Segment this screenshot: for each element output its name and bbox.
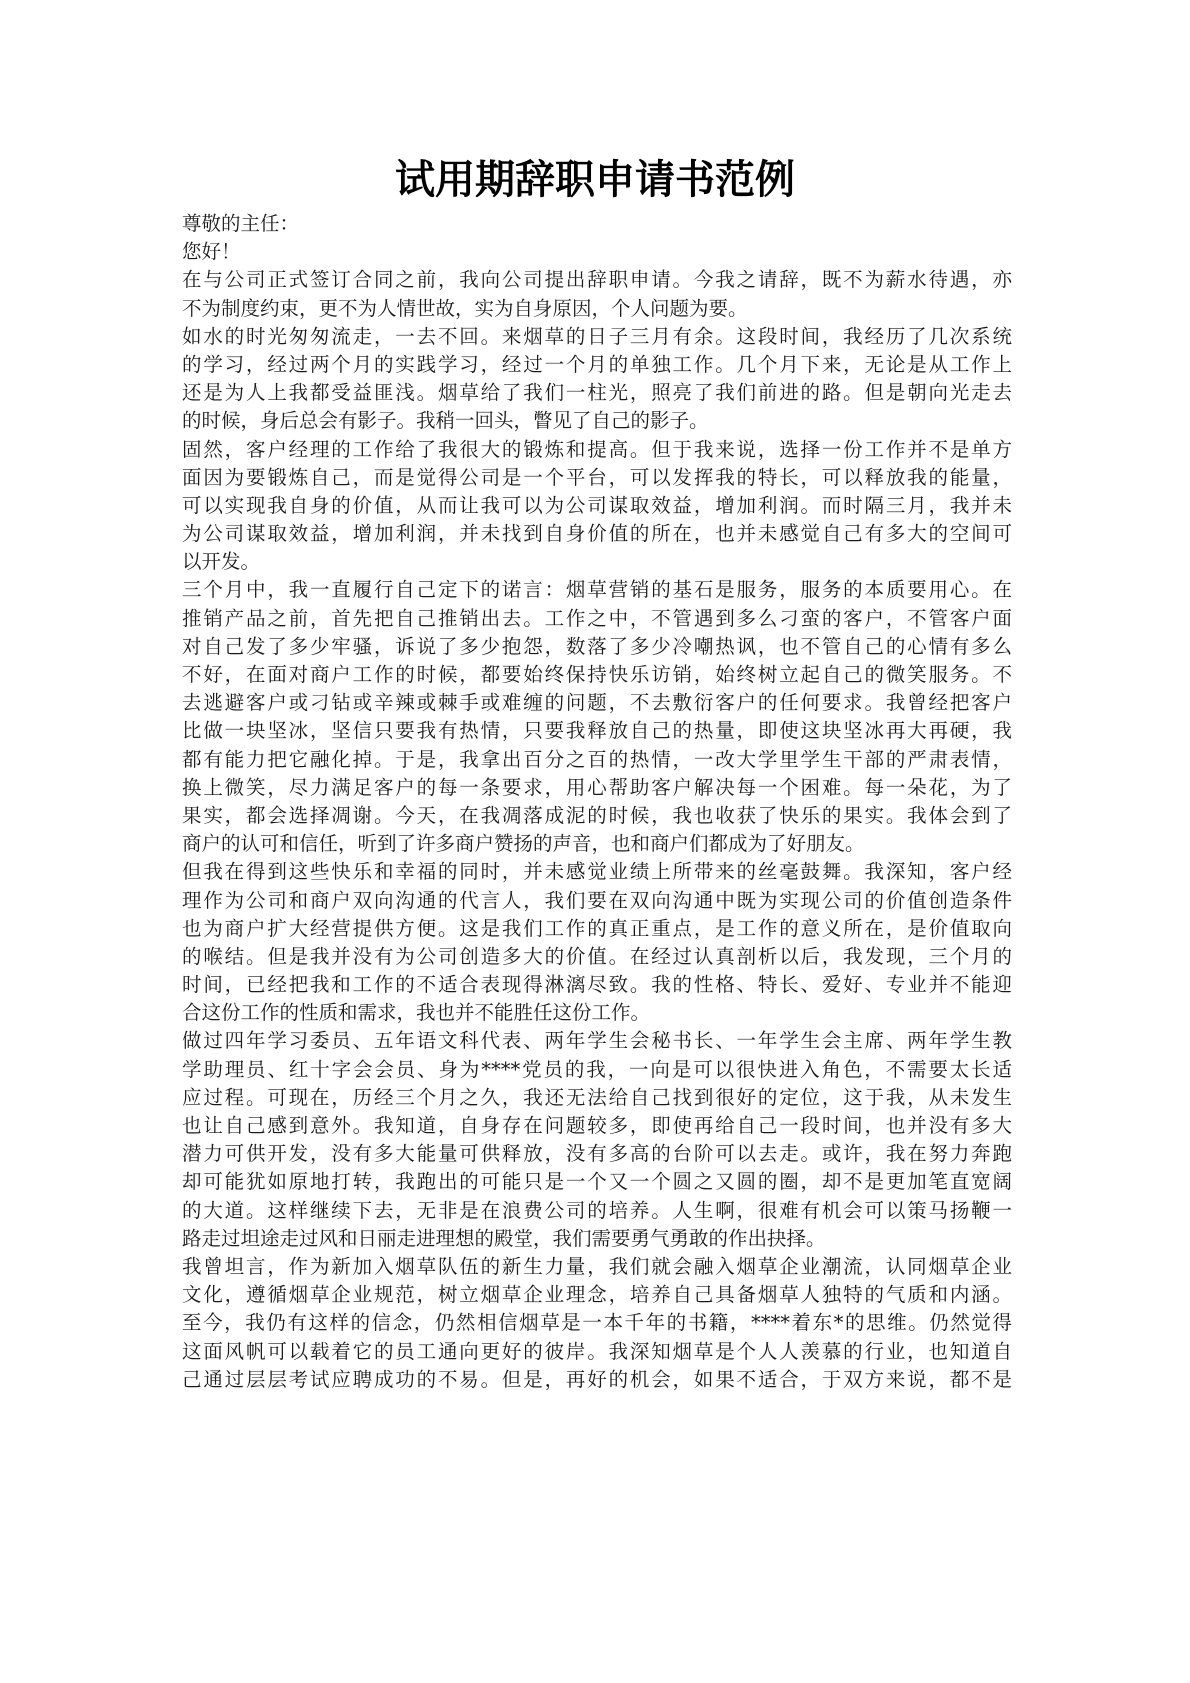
paragraph-line: 商户的认可和信任，听到了许多商户赞扬的声音，也和商户们都成为了好朋友。 bbox=[182, 830, 1012, 858]
paragraph-line: 这面风帆可以载着它的员工通向更好的彼岸。我深知烟草是个人人羡慕的行业，也知道自 bbox=[182, 1338, 1012, 1366]
paragraph-line: 不好，在面对商户工作的时候，都要始终保持快乐访销，始终树立起自己的微笑服务。不 bbox=[182, 661, 1012, 689]
paragraph-line: 理作为公司和商户双向沟通的代言人，我们要在双向沟通中既为实现公司的价值创造条件 bbox=[182, 887, 1012, 915]
paragraph-line: 三个月中，我一直履行自己定下的诺言：烟草营销的基石是服务，服务的本质要用心。在 bbox=[182, 576, 1012, 604]
paragraph-line: 以开发。 bbox=[182, 548, 1012, 576]
document-page: 试用期辞职申请书范例 尊敬的主任： 您好！ 在与公司正式签订合同之前，我向公司提… bbox=[0, 0, 1190, 1683]
paragraph-1: 在与公司正式签订合同之前，我向公司提出辞职申请。今我之请辞，既不为薪水待遇，亦 … bbox=[182, 266, 1012, 322]
paragraph-line: 果实，都会选择凋谢。今天，在我凋落成泥的时候，我也收获了快乐的果实。我体会到了 bbox=[182, 802, 1012, 830]
paragraph-line: 时间，已经把我和工作的不适合表现得淋漓尽致。我的性格、特长、爱好、专业并不能迎 bbox=[182, 971, 1012, 999]
document-body: 尊敬的主任： 您好！ 在与公司正式签订合同之前，我向公司提出辞职申请。今我之请辞… bbox=[182, 210, 1012, 1394]
paragraph-line: 还是为人上我都受益匪浅。烟草给了我们一柱光，照亮了我们前进的路。但是朝向光走去 bbox=[182, 379, 1012, 407]
paragraph-2: 如水的时光匆匆流走，一去不回。来烟草的日子三月有余。这段时间，我经历了几次系统 … bbox=[182, 323, 1012, 436]
paragraph-line: 却可能犹如原地打转，我跑出的可能只是一个又一个圆之又圆的圈，却不是更加笔直宽阔 bbox=[182, 1168, 1012, 1196]
paragraph-line: 应过程。可现在，历经三个月之久，我还无法给自己找到很好的定位，这于我，从未发生 bbox=[182, 1084, 1012, 1112]
paragraph-line: 做过四年学习委员、五年语文科代表、两年学生会秘书长、一年学生会主席、两年学生教 bbox=[182, 1027, 1012, 1055]
paragraph-line: 可以实现我自身的价值，从而让我可以为公司谋取效益，增加利润。而时隔三月，我并未 bbox=[182, 492, 1012, 520]
paragraph-4: 三个月中，我一直履行自己定下的诺言：烟草营销的基石是服务，服务的本质要用心。在 … bbox=[182, 576, 1012, 858]
paragraph-line: 在与公司正式签订合同之前，我向公司提出辞职申请。今我之请辞，既不为薪水待遇，亦 bbox=[182, 266, 1012, 294]
paragraph-7: 我曾坦言，作为新加入烟草队伍的新生力量，我们就会融入烟草企业潮流，认同烟草企业 … bbox=[182, 1253, 1012, 1394]
paragraph-line: 换上微笑，尽力满足客户的每一条要求，用心帮助客户解决每一个困难。每一朵花，为了 bbox=[182, 774, 1012, 802]
paragraph-line: 固然，客户经理的工作给了我很大的锻炼和提高。但于我来说，选择一份工作并不是单方 bbox=[182, 436, 1012, 464]
paragraph-line: 的时候，身后总会有影子。我稍一回头，瞥见了自己的影子。 bbox=[182, 407, 1012, 435]
paragraph-line: 的大道。这样继续下去，无非是在浪费公司的培养。人生啊，很难有机会可以策马扬鞭一 bbox=[182, 1197, 1012, 1225]
paragraph-5: 但我在得到这些快乐和幸福的同时，并未感觉业绩上所带来的丝毫鼓舞。我深知，客户经 … bbox=[182, 858, 1012, 1027]
paragraph-line: 但我在得到这些快乐和幸福的同时，并未感觉业绩上所带来的丝毫鼓舞。我深知，客户经 bbox=[182, 858, 1012, 886]
paragraph-line: 也为商户扩大经营提供方便。这是我们工作的真正重点，是工作的意义所在，是价值取向 bbox=[182, 915, 1012, 943]
paragraph-line: 路走过坦途走过风和日丽走进理想的殿堂，我们需要勇气勇敢的作出抉择。 bbox=[182, 1225, 1012, 1253]
paragraph-line: 面因为要锻炼自己，而是觉得公司是一个平台，可以发挥我的特长，可以释放我的能量， bbox=[182, 464, 1012, 492]
paragraph-line: 的喉结。但是我并没有为公司创造多大的价值。在经过认真剖析以后，我发现，三个月的 bbox=[182, 943, 1012, 971]
greeting: 您好！ bbox=[182, 238, 1012, 266]
paragraph-line: 己通过层层考试应聘成功的不易。但是，再好的机会，如果不适合，于双方来说，都不是 bbox=[182, 1366, 1012, 1394]
paragraph-line: 也让自己感到意外。我知道，自身存在问题较多，即使再给自己一段时间，也并没有多大 bbox=[182, 1112, 1012, 1140]
paragraph-line: 推销产品之前，首先把自己推销出去。工作之中，不管遇到多么刁蛮的客户，不管客户面 bbox=[182, 605, 1012, 633]
document-title: 试用期辞职申请书范例 bbox=[0, 152, 1190, 208]
paragraph-line: 比做一块坚冰，坚信只要我有热情，只要我释放自己的热量，即使这块坚冰再大再硬，我 bbox=[182, 717, 1012, 745]
salutation: 尊敬的主任： bbox=[182, 210, 1012, 238]
paragraph-line: 如水的时光匆匆流走，一去不回。来烟草的日子三月有余。这段时间，我经历了几次系统 bbox=[182, 323, 1012, 351]
paragraph-line: 潜力可供开发，没有多大能量可供释放，没有多高的台阶可以去走。或许，我在努力奔跑 bbox=[182, 1140, 1012, 1168]
paragraph-line: 不为制度约束，更不为人情世故，实为自身原因，个人问题为要。 bbox=[182, 295, 1012, 323]
paragraph-line: 学助理员、红十字会会员、身为****党员的我，一向是可以很快进入角色，不需要太长… bbox=[182, 1056, 1012, 1084]
paragraph-line: 对自己发了多少牢骚，诉说了多少抱怨，数落了多少冷嘲热讽，也不管自己的心情有多么 bbox=[182, 633, 1012, 661]
paragraph-line: 我曾坦言，作为新加入烟草队伍的新生力量，我们就会融入烟草企业潮流，认同烟草企业 bbox=[182, 1253, 1012, 1281]
paragraph-line: 去逃避客户或刁钻或辛辣或棘手或难缠的问题，不去敷衍客户的任何要求。我曾经把客户 bbox=[182, 689, 1012, 717]
paragraph-line: 合这份工作的性质和需求，我也并不能胜任这份工作。 bbox=[182, 999, 1012, 1027]
paragraph-3: 固然，客户经理的工作给了我很大的锻炼和提高。但于我来说，选择一份工作并不是单方 … bbox=[182, 436, 1012, 577]
paragraph-6: 做过四年学习委员、五年语文科代表、两年学生会秘书长、一年学生会主席、两年学生教 … bbox=[182, 1027, 1012, 1253]
paragraph-line: 为公司谋取效益，增加利润，并未找到自身价值的所在，也并未感觉自己有多大的空间可 bbox=[182, 520, 1012, 548]
paragraph-line: 至今，我仍有这样的信念，仍然相信烟草是一本千年的书籍，****着东*的思维。仍然… bbox=[182, 1309, 1012, 1337]
paragraph-line: 的学习，经过两个月的实践学习，经过一个月的单独工作。几个月下来，无论是从工作上 bbox=[182, 351, 1012, 379]
paragraph-line: 文化，遵循烟草企业规范，树立烟草企业理念，培养自己具备烟草人独特的气质和内涵。 bbox=[182, 1281, 1012, 1309]
paragraph-line: 都有能力把它融化掉。于是，我拿出百分之百的热情，一改大学里学生干部的严肃表情， bbox=[182, 746, 1012, 774]
